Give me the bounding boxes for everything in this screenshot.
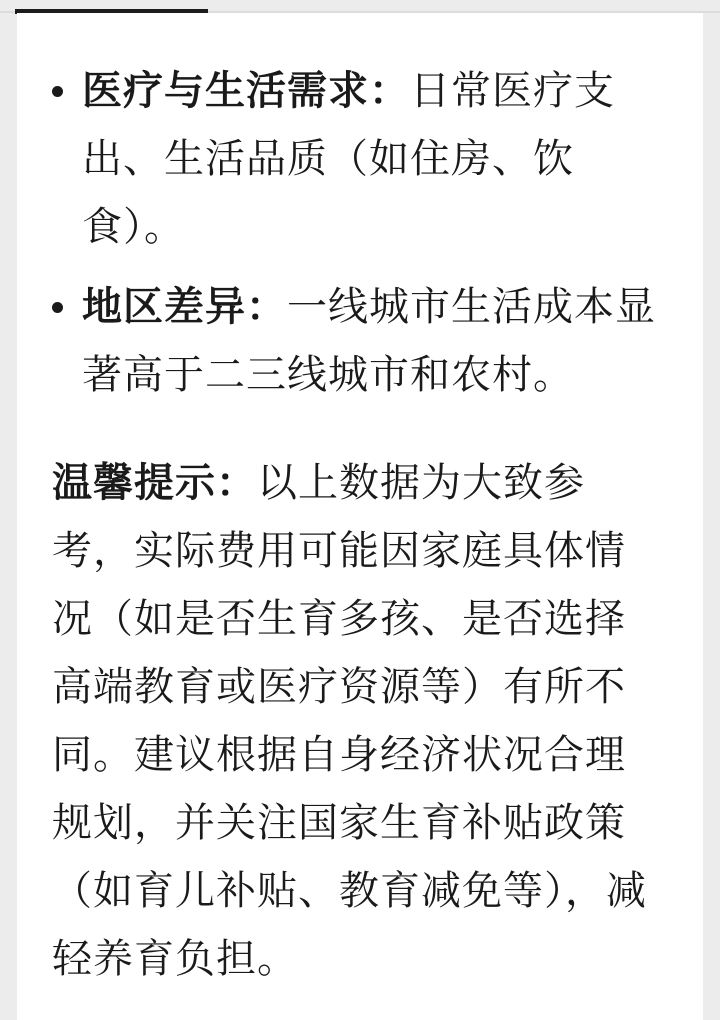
- list-item-regional-difference: 地区差异：一线城市生活成本显著高于二三线城市和农村。: [17, 273, 703, 409]
- content-card: 医疗与生活需求：日常医疗支出、生活品质（如住房、饮食）。 地区差异：一线城市生活…: [17, 13, 703, 1020]
- bullet-icon: [52, 86, 63, 97]
- list-item-title: 地区差异：: [82, 284, 287, 330]
- tip-paragraph: 温馨提示：以上数据为大致参考，实际费用可能因家庭具体情况（如是否生育多孩、是否选…: [52, 449, 652, 993]
- bullet-icon: [52, 302, 63, 313]
- tip-title: 温馨提示：: [52, 460, 257, 506]
- bullet-list: 医疗与生活需求：日常医疗支出、生活品质（如住房、饮食）。 地区差异：一线城市生活…: [17, 57, 703, 421]
- list-item-medical-living: 医疗与生活需求：日常医疗支出、生活品质（如住房、饮食）。: [17, 57, 703, 261]
- tip-body: 以上数据为大致参考，实际费用可能因家庭具体情况（如是否生育多孩、是否选择高端教育…: [52, 460, 647, 982]
- list-item-title: 医疗与生活需求：: [82, 68, 410, 114]
- list-item-text: 地区差异：一线城市生活成本显著高于二三线城市和农村。: [82, 273, 672, 409]
- list-item-text: 医疗与生活需求：日常医疗支出、生活品质（如住房、饮食）。: [82, 57, 672, 261]
